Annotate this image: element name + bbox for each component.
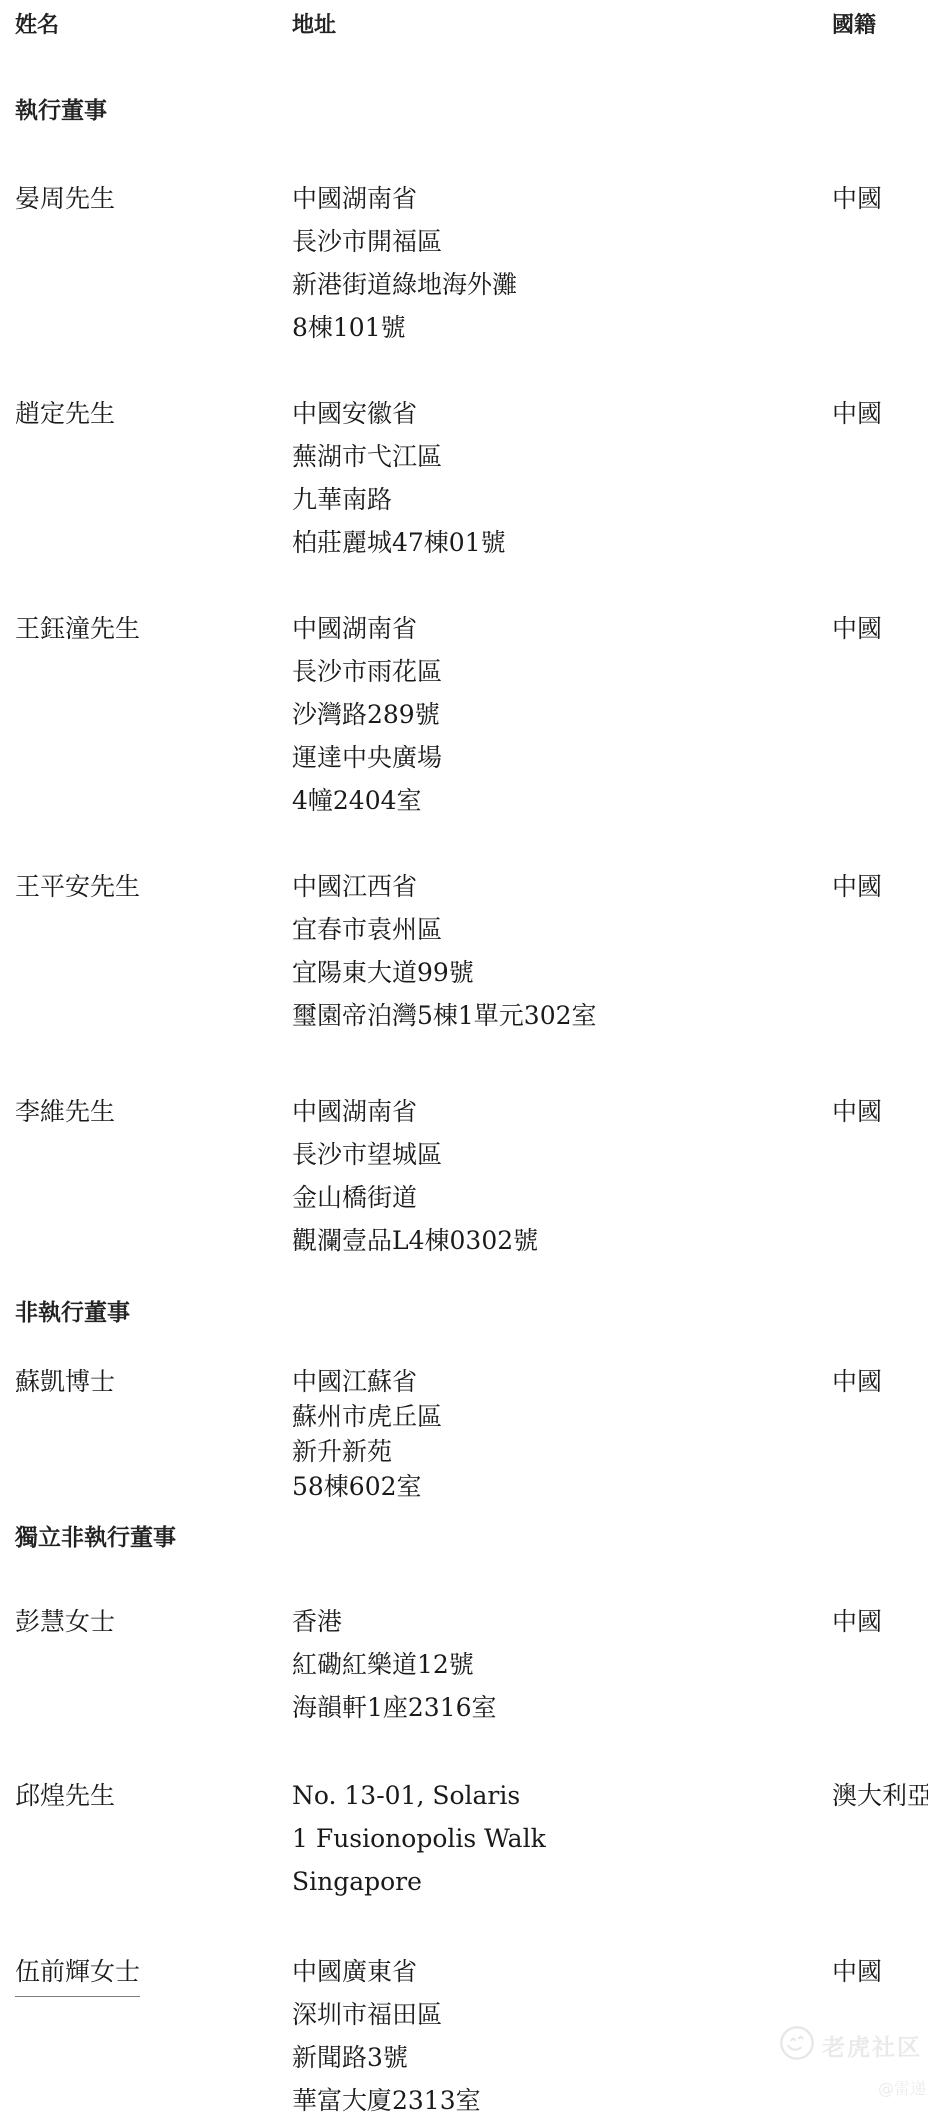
director-nationality: 中國 <box>832 1364 882 1399</box>
address-line: 中國廣東省 <box>292 1950 481 1993</box>
section-heading: 非執行董事 <box>15 1294 130 1327</box>
address-line: 中國江西省 <box>292 865 597 908</box>
address-line: 紅磡紅樂道12號 <box>292 1643 497 1686</box>
director-name: 晏周先生 <box>15 184 115 213</box>
address-line: 新升新苑 <box>292 1434 442 1469</box>
address-line: 長沙市望城區 <box>292 1133 538 1176</box>
director-nationality: 中國 <box>832 1950 882 1993</box>
address-line: 深圳市福田區 <box>292 1993 481 2036</box>
director-name: 李維先生 <box>15 1097 115 1126</box>
address-line: 運達中央廣場 <box>292 736 442 779</box>
watermark: 老虎社区 @雷递 <box>778 2024 928 2099</box>
address-line: 8棟101號 <box>292 306 517 349</box>
address-line: 蘇州市虎丘區 <box>292 1399 442 1434</box>
address-line: 宜陽東大道99號 <box>292 951 597 994</box>
address-line: 4幢2404室 <box>292 779 442 822</box>
address-line: 中國江蘇省 <box>292 1364 442 1399</box>
director-nationality: 中國 <box>832 1600 882 1643</box>
director-name: 王鈺潼先生 <box>15 614 140 643</box>
address-line: 58棟602室 <box>292 1469 442 1504</box>
address-line: 中國安徽省 <box>292 392 506 435</box>
address-line: 柏莊麗城47棟01號 <box>292 521 506 564</box>
document-page: 姓名 地址 國籍 執行董事非執行董事獨立非執行董事晏周先生中國湖南省長沙市開福區… <box>0 0 928 2120</box>
director-name: 王平安先生 <box>15 872 140 901</box>
address-line: No. 13-01, Solaris <box>292 1774 546 1817</box>
director-nationality: 中國 <box>832 177 882 220</box>
address-line: 璽園帝泊灣5棟1單元302室 <box>292 994 597 1037</box>
director-nationality: 澳大利亞 <box>832 1774 928 1817</box>
address-line: 香港 <box>292 1600 497 1643</box>
address-line: 新聞路3號 <box>292 2036 481 2079</box>
address-line: 沙灣路289號 <box>292 693 442 736</box>
address-line: 長沙市開福區 <box>292 220 517 263</box>
director-nationality: 中國 <box>832 1090 882 1133</box>
director-name: 伍前輝女士 <box>15 1950 140 1997</box>
watermark-handle-text: @雷递 <box>778 2076 928 2099</box>
column-header-nationality: 國籍 <box>832 8 876 39</box>
address-line: 1 Fusionopolis Walk <box>292 1817 546 1860</box>
director-name: 趙定先生 <box>15 399 115 428</box>
address-line: 宜春市袁州區 <box>292 908 597 951</box>
director-nationality: 中國 <box>832 607 882 650</box>
address-line: 中國湖南省 <box>292 1090 538 1133</box>
address-line: 觀瀾壹品L4棟0302號 <box>292 1219 538 1262</box>
tiger-community-logo-icon <box>778 2024 816 2066</box>
column-header-address: 地址 <box>292 8 336 39</box>
section-heading: 執行董事 <box>15 92 107 125</box>
address-line: 九華南路 <box>292 478 506 521</box>
director-name: 彭慧女士 <box>15 1607 115 1636</box>
director-nationality: 中國 <box>832 392 882 435</box>
column-header-name: 姓名 <box>15 8 59 39</box>
address-line: Singapore <box>292 1860 546 1903</box>
address-line: 海韻軒1座2316室 <box>292 1686 497 1729</box>
address-line: 華富大廈2313室 <box>292 2079 481 2120</box>
address-line: 中國湖南省 <box>292 177 517 220</box>
director-nationality: 中國 <box>832 865 882 908</box>
watermark-brand-text: 老虎社区 <box>822 2029 922 2062</box>
director-name: 蘇凱博士 <box>15 1367 115 1396</box>
address-line: 中國湖南省 <box>292 607 442 650</box>
section-heading: 獨立非執行董事 <box>15 1519 176 1552</box>
address-line: 新港街道綠地海外灘 <box>292 263 517 306</box>
address-line: 金山橋街道 <box>292 1176 538 1219</box>
address-line: 長沙市雨花區 <box>292 650 442 693</box>
address-line: 蕪湖市弋江區 <box>292 435 506 478</box>
director-name: 邱煌先生 <box>15 1781 115 1810</box>
